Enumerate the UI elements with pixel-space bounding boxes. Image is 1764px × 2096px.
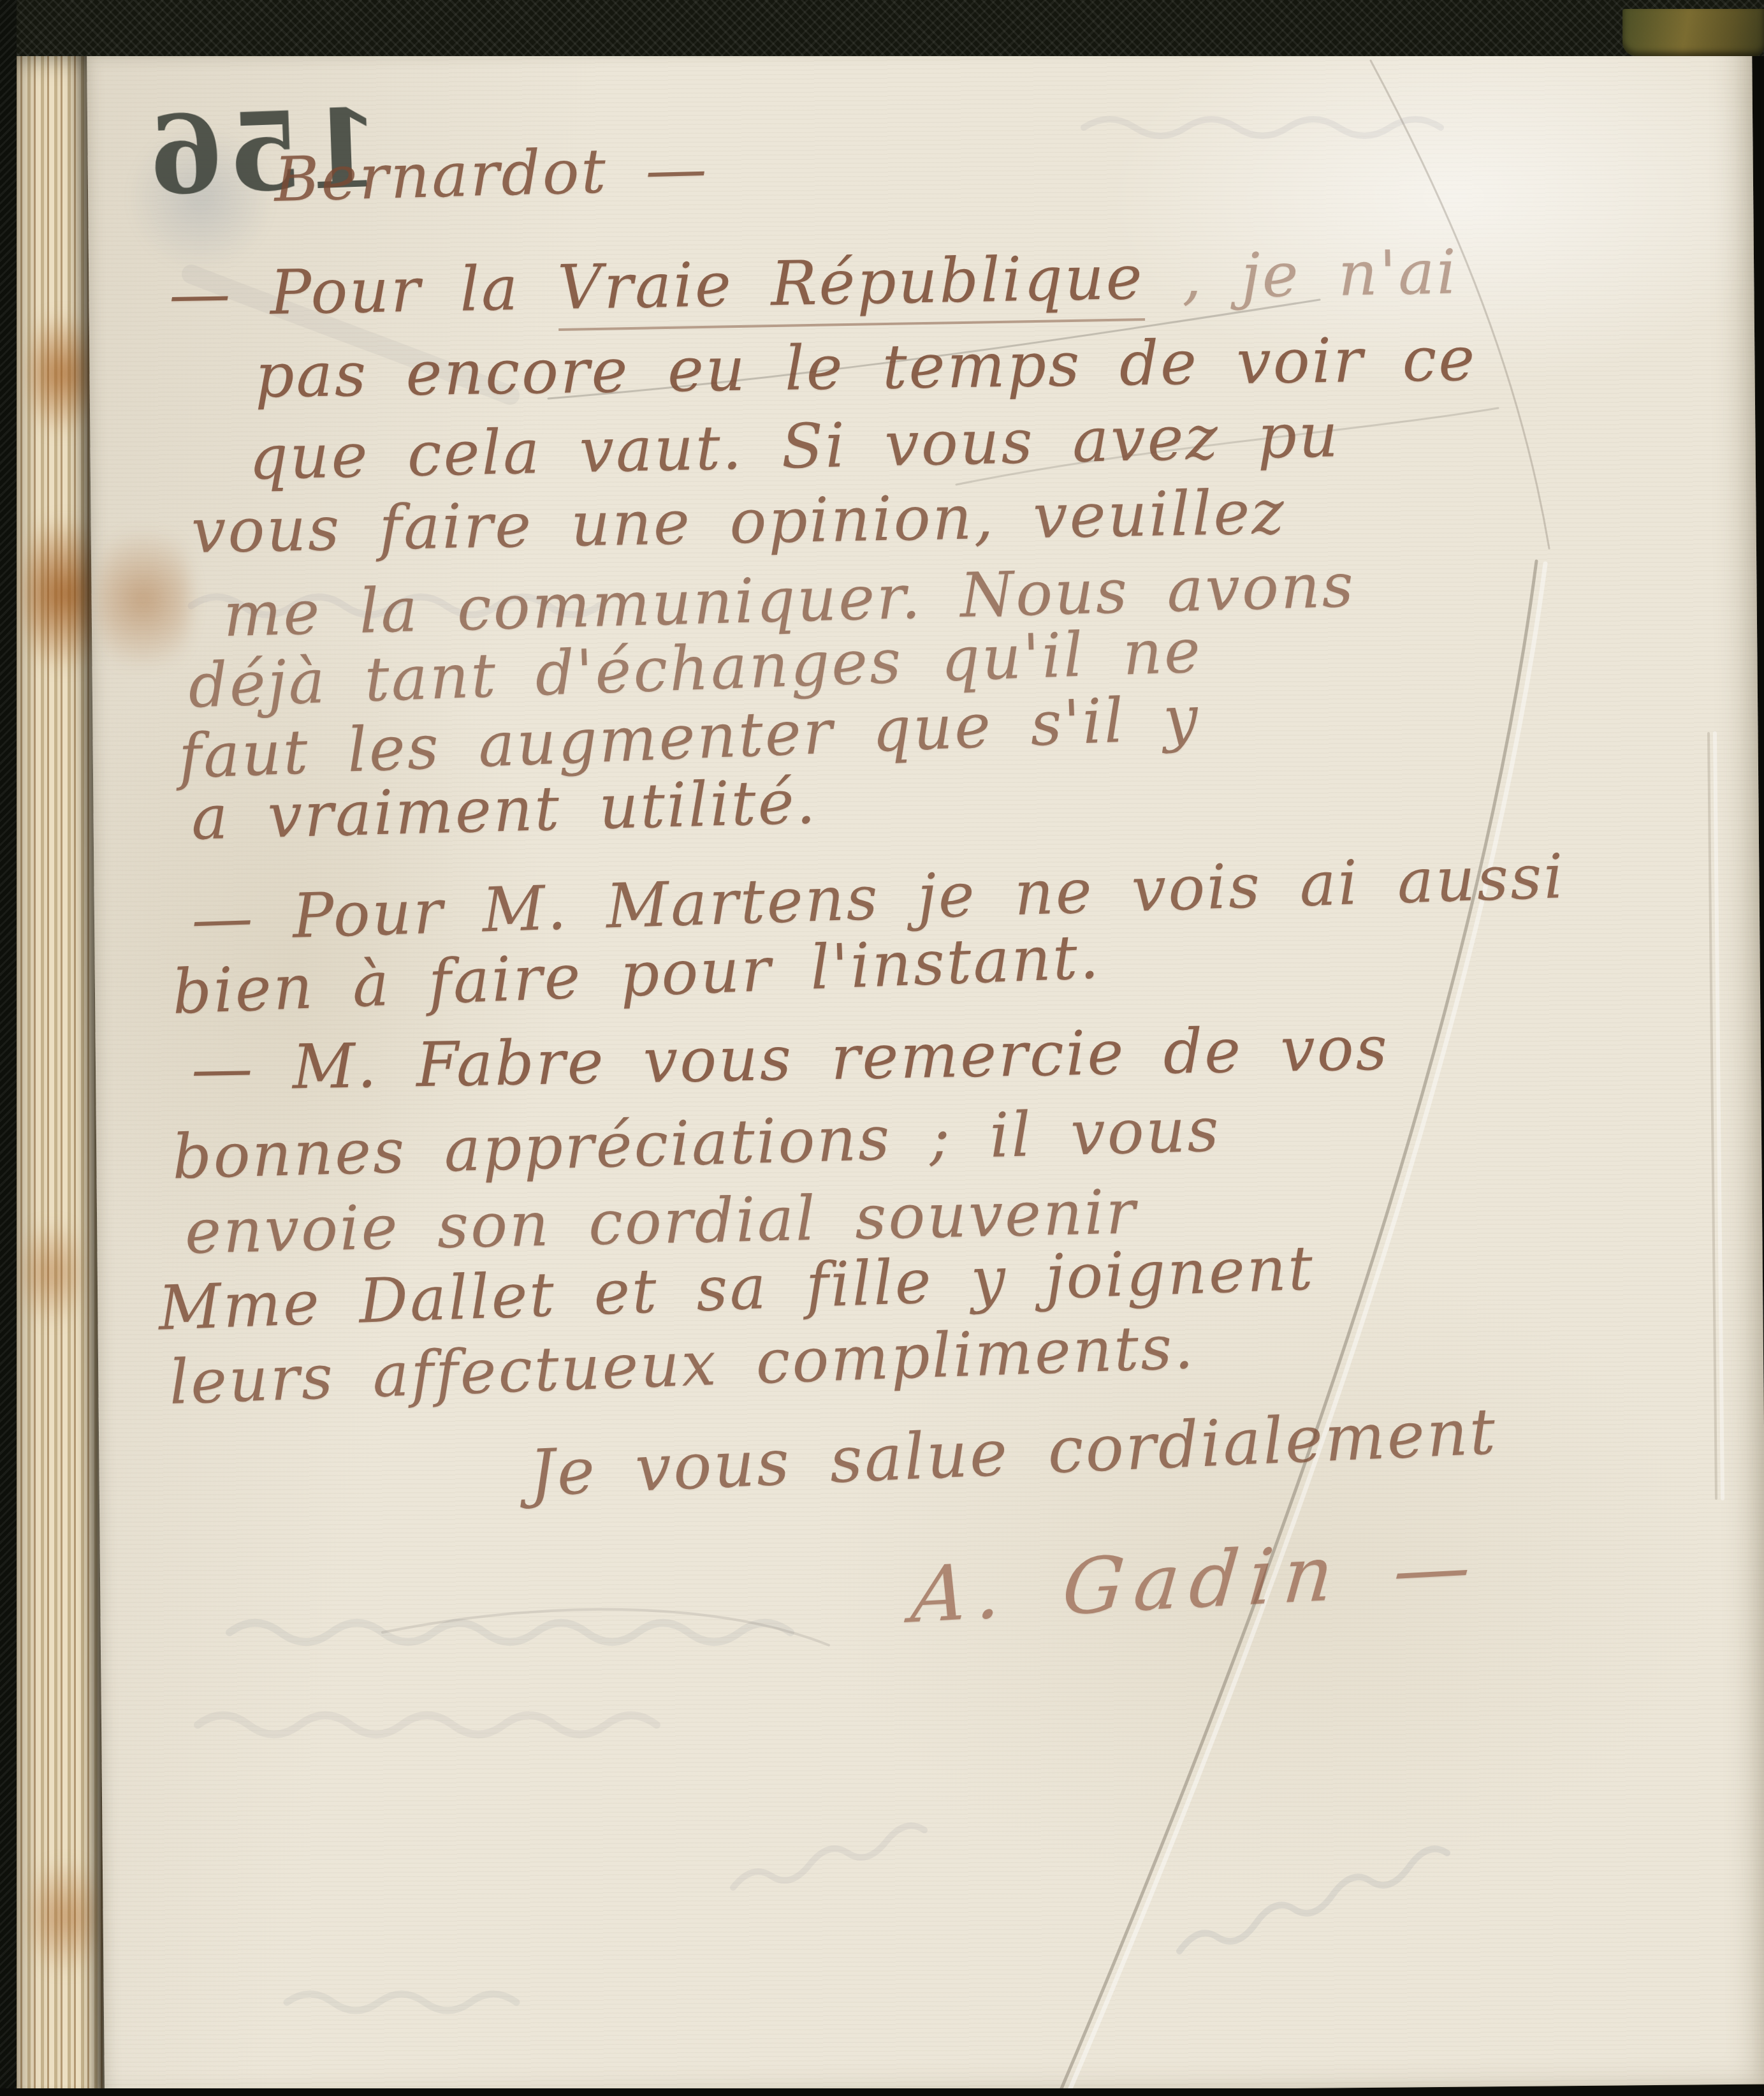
p1l1-underlined-word: Vraie République <box>557 242 1145 331</box>
paragraph1-line4: vous faire une opinion, veuillez <box>191 481 1286 562</box>
book-cover-left <box>0 0 17 2096</box>
p1l1-pre: — Pour la <box>168 252 558 330</box>
page-content: 156 Bernardot — — Pour la Vraie Républiq… <box>0 0 1764 2096</box>
p1l1-post: , je n'ai <box>1143 236 1459 313</box>
paragraph1-line2: pas encore eu le temps de voir ce <box>254 328 1476 407</box>
bookmark-remnant <box>1622 9 1764 56</box>
paragraph1-line8: a vraiment utilité. <box>191 771 818 849</box>
photo-frame: 156 Bernardot — — Pour la Vraie Républiq… <box>0 0 1764 2096</box>
book-cover-bottom <box>0 2088 1764 2096</box>
salutation-line: Bernardot — <box>273 138 710 210</box>
book-cover-top <box>0 0 1764 56</box>
